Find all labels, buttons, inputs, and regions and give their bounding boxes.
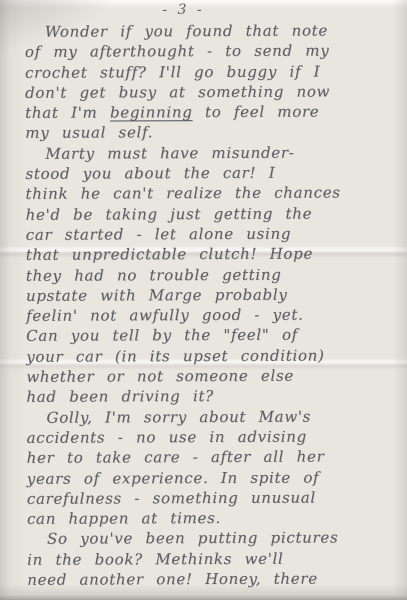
letter-line: years of experience. In spite of — [27, 467, 402, 489]
letter-line: he'd be taking just getting the — [26, 203, 401, 225]
letter-line: can happen at times. — [27, 507, 402, 529]
underlined-word: beginning — [110, 103, 193, 121]
letter-line: your car (in its upset condition) — [26, 345, 401, 367]
letter-line: need another one! Honey, there — [27, 568, 402, 590]
letter-line: think he can't realize the chances — [25, 183, 400, 205]
letter-line: carefulness - something unusual — [27, 487, 402, 509]
letter-line: whether or not someone else — [26, 365, 401, 387]
letter-line: don't get busy at something now — [25, 81, 400, 103]
letter-line: accidents - no use in advising — [27, 426, 402, 448]
letter-page: - 3 - Wonder if you found that noteof my… — [0, 0, 407, 600]
letter-line: my usual self. — [25, 122, 400, 144]
letter-line: they had no trouble getting — [26, 264, 401, 286]
letter-line: that I'm beginning to feel more — [25, 101, 400, 123]
letter-line: Marty must have misunder- — [25, 142, 400, 164]
letter-line: car started - let alone using — [26, 223, 401, 245]
letter-line: upstate with Marge probably — [26, 284, 401, 306]
letter-line: her to take care - after all her — [27, 446, 402, 468]
letter-line: of my afterthought - to send my — [25, 40, 400, 62]
letter-body: Wonder if you found that noteof my after… — [25, 20, 402, 590]
letter-line: in the book? Methinks we'll — [27, 548, 402, 570]
letter-line: Wonder if you found that note — [25, 20, 400, 42]
letter-line: Can you tell by the "feel" of — [26, 325, 401, 347]
letter-line: feelin' not awfully good - yet. — [26, 304, 401, 326]
letter-line: stood you about the car! I — [25, 162, 400, 184]
letter-line: Golly, I'm sorry about Maw's — [26, 406, 401, 428]
letter-line: had been driving it? — [26, 386, 401, 408]
page-number: - 3 - — [0, 2, 367, 18]
letter-line: that unpredictable clutch! Hope — [26, 243, 401, 265]
letter-line: crochet stuff? I'll go buggy if I — [25, 61, 400, 83]
letter-line: So you've been putting pictures — [27, 528, 402, 550]
